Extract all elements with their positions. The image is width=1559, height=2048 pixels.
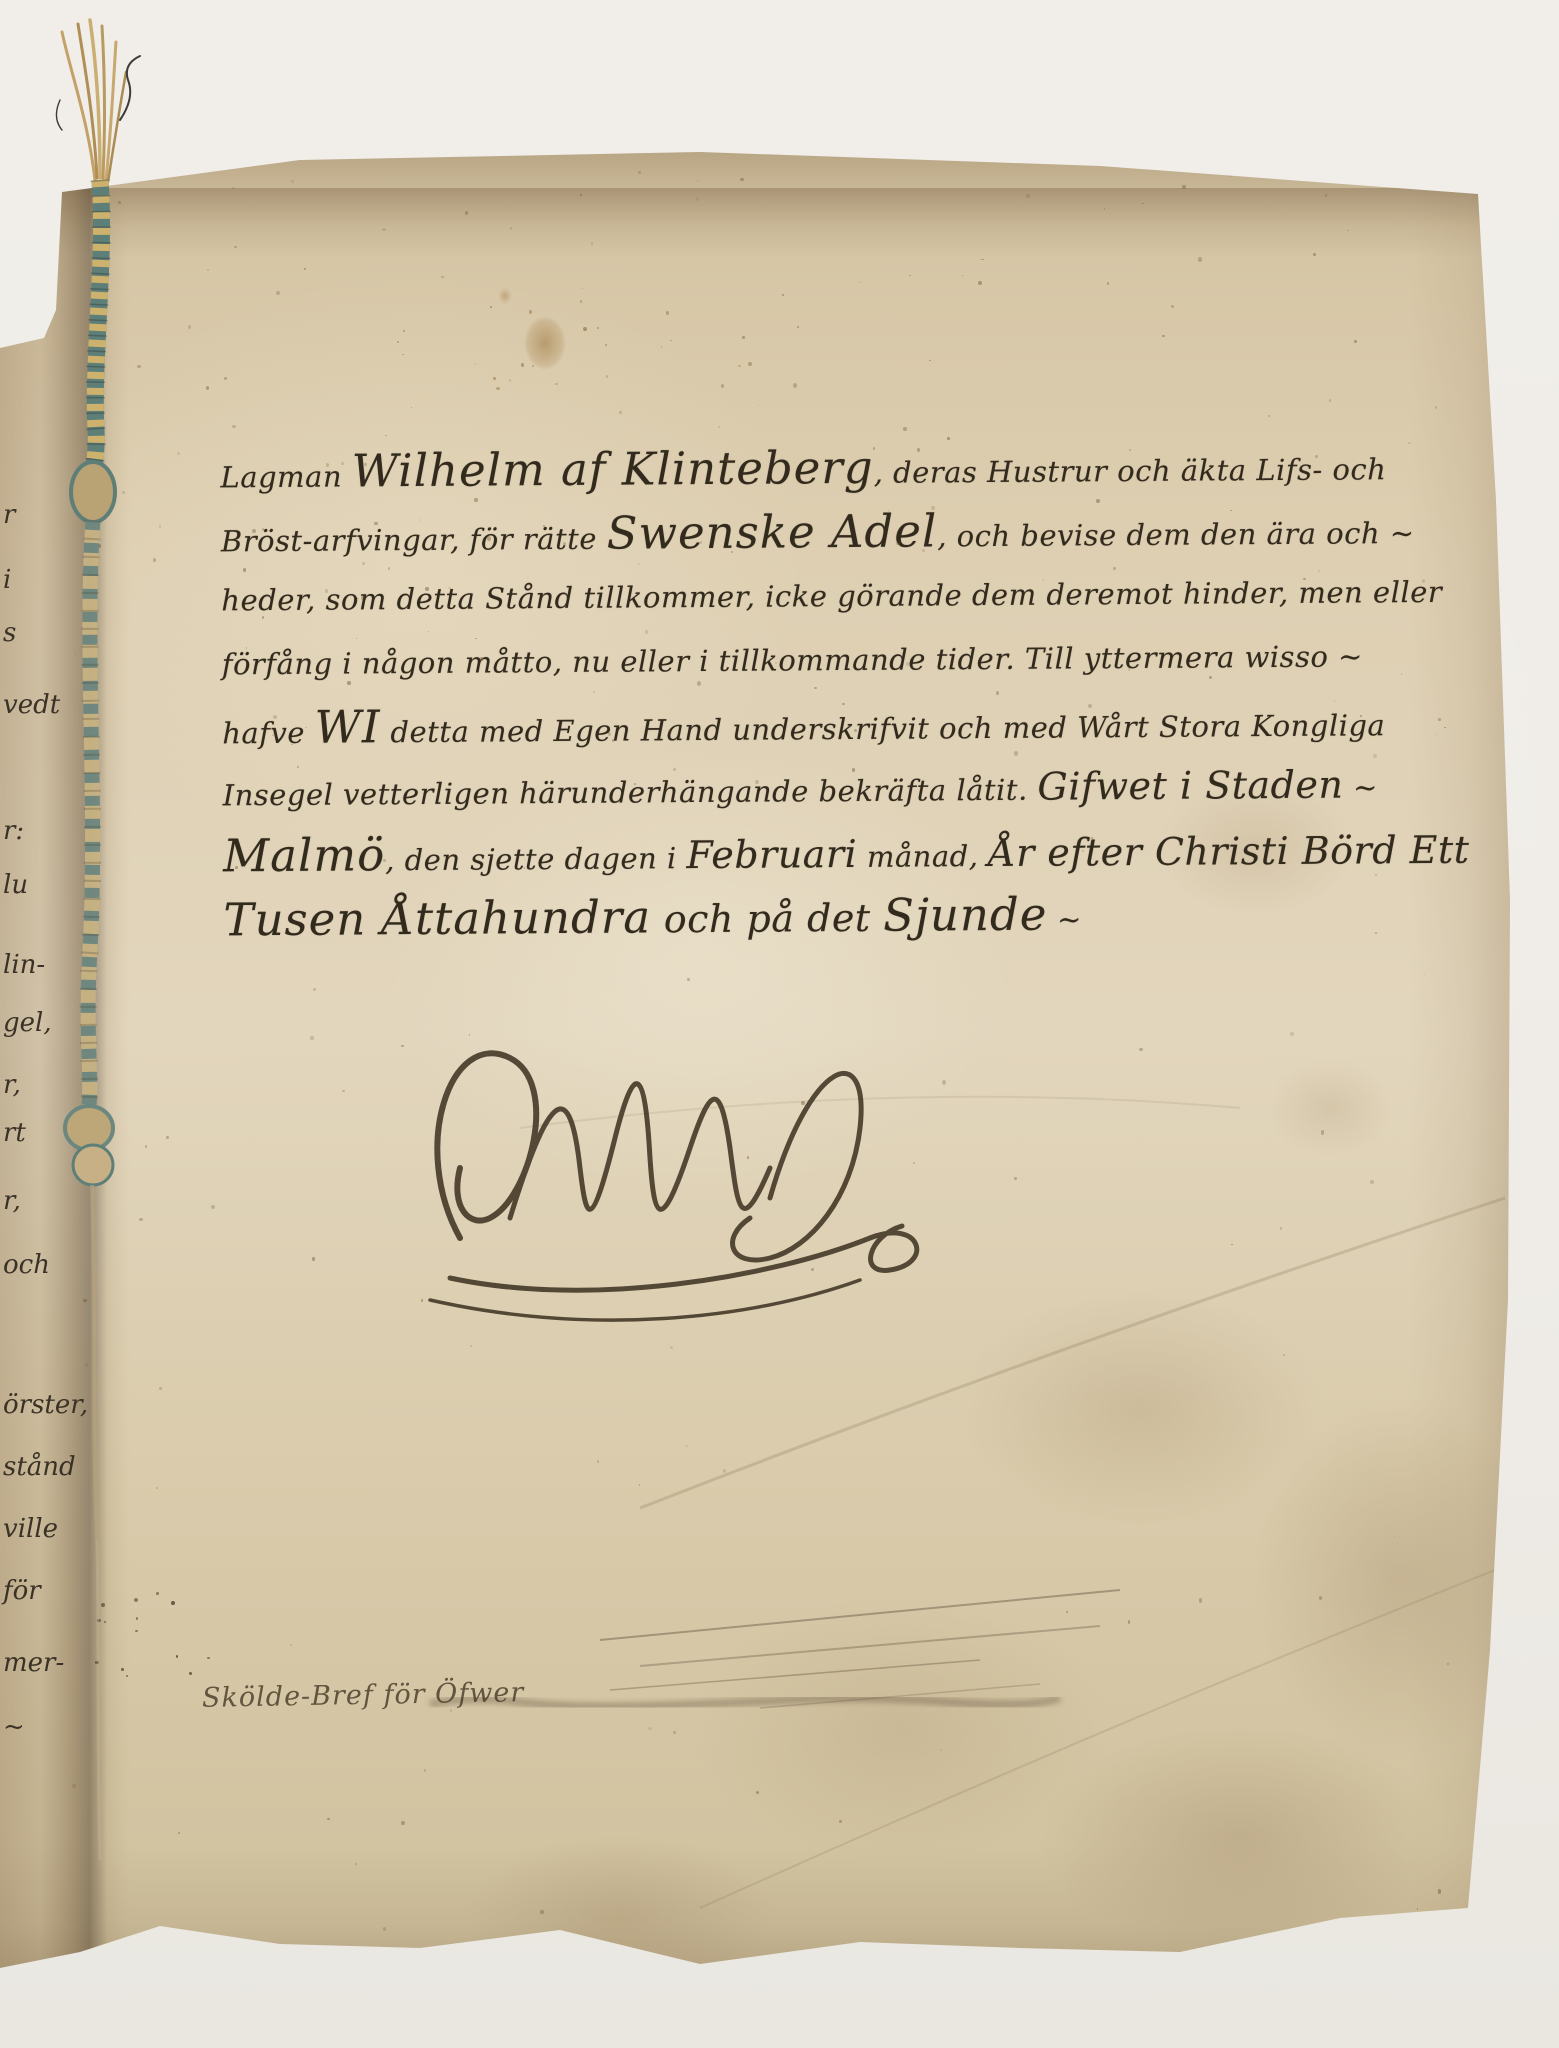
- speck: [403, 330, 405, 332]
- manuscript-text: Malmö: [223, 828, 385, 882]
- speck: [748, 362, 751, 366]
- speck: [697, 180, 699, 182]
- cord-thread: [92, 1185, 97, 1540]
- manuscript-text: Bröst-arfvingar, för rätte: [221, 522, 607, 559]
- manuscript-text: WI: [315, 700, 381, 753]
- scan-background: Lagman Wilhelm af Klinteberg, deras Hust…: [0, 0, 1559, 2048]
- manuscript-text: , deras Hustrur och äkta Lifs- och: [874, 452, 1387, 490]
- speck: [758, 405, 759, 406]
- speck: [312, 1257, 315, 1260]
- speck: [940, 1749, 942, 1751]
- speck: [1268, 415, 1270, 416]
- speck: [510, 227, 512, 230]
- scratch-marks: [600, 1590, 1120, 1708]
- manuscript-text: månad,: [857, 839, 988, 874]
- manuscript-text: och på det: [651, 896, 883, 942]
- docket-line: Skölde-Bref för Öfwer: [202, 1677, 525, 1714]
- speck: [1104, 208, 1106, 210]
- manuscript-text: ~: [1047, 902, 1082, 936]
- speck: [291, 180, 294, 183]
- speck: [666, 311, 669, 314]
- speck: [1199, 1598, 1203, 1602]
- binding-cord: [0, 0, 240, 1900]
- speck: [740, 178, 744, 182]
- speck: [493, 377, 496, 381]
- manuscript-text: detta med Egen Hand underskrifvit och me…: [381, 708, 1386, 749]
- speck: [1107, 282, 1110, 285]
- speck: [424, 1769, 426, 1772]
- speck: [597, 327, 599, 329]
- speck: [383, 1927, 386, 1930]
- manuscript-text: Lagman: [220, 459, 352, 494]
- speck: [1347, 230, 1348, 231]
- speck: [1354, 340, 1356, 342]
- speck: [782, 294, 784, 296]
- manuscript-line: Bröst-arfvingar, för rätte Swenske Adel,…: [221, 496, 1471, 569]
- speck: [929, 360, 931, 361]
- manuscript-text: heder, som detta Stånd tillkommer, icke …: [221, 575, 1442, 618]
- cord-thread-faint: [97, 1540, 100, 1860]
- speck: [648, 1727, 651, 1730]
- speck: [1066, 1611, 1068, 1613]
- speck: [1290, 1032, 1293, 1035]
- speck: [1228, 173, 1232, 177]
- speck: [605, 344, 607, 346]
- speck: [441, 276, 444, 279]
- manuscript-text: , den sjette dagen i: [385, 841, 686, 877]
- manuscript-text: År efter Christi Börd Ett: [988, 828, 1470, 875]
- speck: [742, 336, 745, 339]
- speck: [870, 261, 871, 262]
- speck: [397, 341, 399, 343]
- speck: [276, 291, 280, 295]
- speck: [540, 1910, 544, 1914]
- speck: [797, 326, 799, 328]
- cord-braid-loose: [88, 520, 93, 1105]
- speck: [1283, 1354, 1285, 1357]
- speck: [1325, 194, 1328, 197]
- speck: [670, 340, 671, 341]
- speck: [1370, 1180, 1373, 1184]
- speck: [1139, 1048, 1142, 1051]
- manuscript-text: Insegel vetterligen härunderhängande bek…: [223, 773, 1038, 813]
- speck: [1198, 257, 1202, 261]
- manuscript-text: ~: [1343, 770, 1378, 804]
- speck: [1319, 1596, 1323, 1600]
- speck: [696, 197, 699, 201]
- speck: [661, 346, 662, 347]
- speck: [1142, 203, 1143, 204]
- speck: [591, 242, 593, 244]
- speck: [1438, 1889, 1441, 1893]
- speck: [673, 1731, 676, 1734]
- speck: [1171, 305, 1174, 308]
- manuscript-text: Swenske Adel: [606, 504, 937, 559]
- speck: [1394, 1536, 1395, 1537]
- speck: [1231, 1244, 1232, 1245]
- manuscript-line: Insegel vetterligen härunderhängande bek…: [222, 752, 1472, 825]
- speck: [465, 211, 468, 214]
- speck: [793, 383, 797, 388]
- top-fold-shadow: [60, 188, 1480, 258]
- speck: [721, 384, 724, 388]
- speck: [310, 1036, 313, 1040]
- speck: [327, 1818, 329, 1820]
- speck: [475, 363, 476, 364]
- speck: [1014, 1177, 1017, 1180]
- speck: [555, 383, 557, 385]
- manuscript-text: Februari: [686, 832, 857, 877]
- manuscript-line: Lagman Wilhelm af Klinteberg, deras Hust…: [220, 432, 1470, 505]
- speck: [1447, 1663, 1449, 1665]
- speck: [583, 327, 587, 331]
- manuscript-line: hafve WI detta med Egen Hand underskrifv…: [222, 688, 1472, 761]
- speck: [606, 375, 608, 378]
- manuscript-text: Wilhelm af Klinteberg: [352, 441, 874, 498]
- speck: [1321, 1130, 1325, 1134]
- speck: [313, 988, 316, 991]
- speck: [580, 300, 582, 303]
- manuscript-text: förfång i någon måtto, nu eller i tillko…: [222, 639, 1363, 681]
- speck: [723, 1469, 727, 1473]
- speck: [1285, 212, 1286, 213]
- speck: [859, 282, 860, 283]
- speck: [521, 363, 524, 367]
- speck: [978, 281, 982, 285]
- speck: [903, 427, 907, 431]
- cord-tassel: [56, 20, 140, 182]
- speck: [1182, 185, 1185, 189]
- speck: [839, 1820, 842, 1823]
- manuscript-text: , och bevise dem den ära och ~: [937, 516, 1415, 553]
- speck: [290, 1644, 292, 1646]
- manuscript-text: Sjunde: [883, 888, 1048, 942]
- manuscript-line: heder, som detta Stånd tillkommer, icke …: [221, 560, 1471, 633]
- speck: [580, 194, 582, 196]
- speck: [342, 1090, 344, 1092]
- speck: [496, 387, 500, 390]
- speck: [718, 426, 720, 427]
- speck: [1417, 1908, 1419, 1909]
- speck: [685, 1445, 688, 1447]
- speck: [529, 310, 532, 314]
- speck: [962, 275, 963, 277]
- speck: [1329, 399, 1331, 401]
- speck: [401, 1821, 405, 1826]
- speck: [1162, 335, 1164, 337]
- speck: [1313, 253, 1316, 256]
- speck: [638, 171, 641, 174]
- speck: [1280, 1227, 1283, 1230]
- manuscript-text: Gifwet i Staden: [1037, 763, 1343, 809]
- cord-knot-end: [65, 1106, 113, 1185]
- speck: [981, 259, 983, 261]
- manuscript-line: Malmö, den sjette dagen i Februari månad…: [223, 816, 1473, 889]
- speck: [1026, 194, 1030, 198]
- speck: [411, 407, 413, 408]
- speck: [385, 435, 386, 436]
- speck: [509, 379, 511, 382]
- cord-knot-upper: [71, 462, 115, 522]
- speck: [402, 354, 404, 355]
- manuscript-line: förfång i någon måtto, nu eller i tillko…: [222, 624, 1472, 697]
- speck: [756, 1791, 759, 1794]
- speck: [1128, 1620, 1131, 1624]
- cord-braid-tight: [94, 180, 102, 468]
- speck: [738, 365, 741, 367]
- speck: [619, 411, 622, 414]
- speck: [382, 228, 386, 231]
- speck: [1435, 406, 1437, 409]
- speck: [909, 275, 910, 276]
- speck: [597, 1460, 599, 1463]
- speck: [582, 288, 583, 289]
- handwritten-text-block: Lagman Wilhelm af Klinteberg, deras Hust…: [220, 432, 1474, 953]
- speck: [355, 1863, 357, 1865]
- speck: [304, 268, 306, 270]
- speck: [490, 306, 492, 308]
- speck: [532, 365, 534, 367]
- speck: [1424, 974, 1425, 975]
- speck: [639, 1484, 640, 1485]
- royal-signature: [390, 938, 970, 1368]
